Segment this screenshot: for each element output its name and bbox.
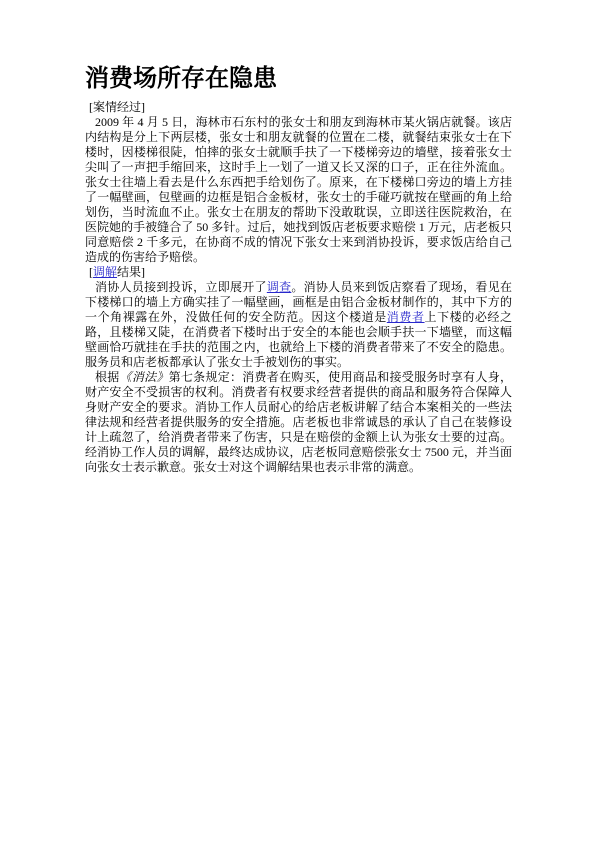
section-heading-mediation-result: [调解结果]: [85, 265, 512, 280]
paragraph-case-details: 2009 年 4 月 5 日，海林市石东村的张女士和朋友到海林市某火锅店就餐。该…: [85, 115, 512, 265]
document-page: 消费场所存在隐患 [案情经过] 2009 年 4 月 5 日，海林市石东村的张女…: [0, 0, 595, 842]
text-segment: 根据: [95, 370, 120, 384]
section-mediation-result: [调解结果] 消协人员接到投诉，立即展开了调查。消协人员来到饭店察看了现场，看见…: [85, 265, 512, 475]
document-content: 消费场所存在隐患 [案情经过] 2009 年 4 月 5 日，海林市石东村的张女…: [85, 64, 512, 475]
inline-link[interactable]: 调解: [93, 265, 117, 279]
section-heading-case-details: [案情经过]: [85, 100, 512, 115]
book-title-text: 《消法》: [120, 370, 169, 384]
text-segment: 结果]: [117, 265, 145, 279]
inline-link[interactable]: 消费者: [387, 310, 425, 324]
text-segment: 2009 年 4 月 5 日，海林市石东村的张女士和朋友到海林市某火锅店就餐。该…: [85, 115, 512, 264]
page-title: 消费场所存在隐患: [85, 64, 512, 95]
inline-link[interactable]: 调查: [267, 280, 292, 294]
text-segment: 消协人员接到投诉，立即展开了: [95, 280, 267, 294]
section-case-details: [案情经过] 2009 年 4 月 5 日，海林市石东村的张女士和朋友到海林市某…: [85, 100, 512, 265]
paragraph-investigation: 消协人员接到投诉，立即展开了调查。消协人员来到饭店察看了现场，看见在下楼梯口的墙…: [85, 280, 512, 370]
text-segment: [案情经过]: [89, 100, 145, 114]
paragraph-settlement: 根据《消法》第七条规定：消费者在购买，使用商品和接受服务时享有人身，财产安全不受…: [85, 370, 512, 475]
text-segment: 第七条规定：消费者在购买，使用商品和接受服务时享有人身，财产安全不受损害的权利。…: [85, 370, 512, 474]
